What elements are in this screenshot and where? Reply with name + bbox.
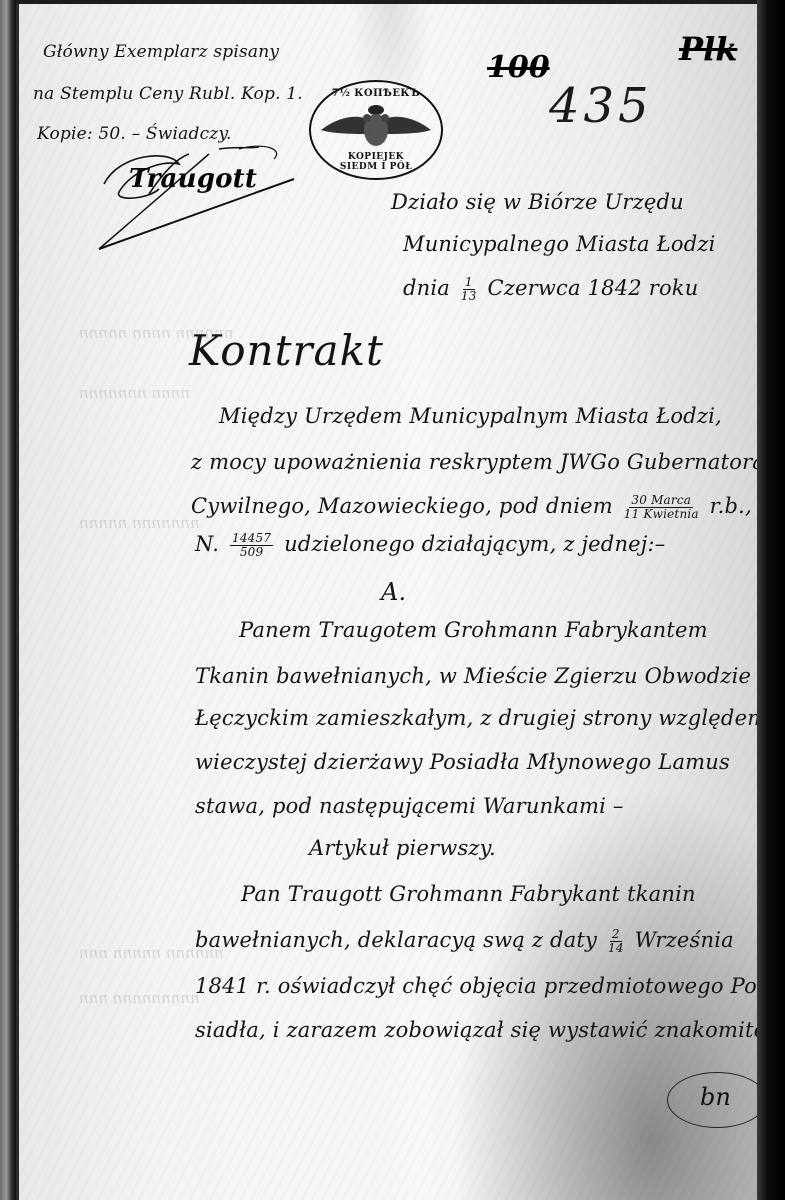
body-line-15: siadła, i zarazem zobowiązał się wystawi…	[195, 1018, 766, 1042]
header-dnia: dnia	[403, 276, 450, 300]
tax-stamp: 7½ КОПѢЕКЪ KOPIEJEK SIEDM I PÓŁ	[309, 80, 443, 180]
margin-note-line-1: Główny Exemplarz spisany	[43, 42, 279, 62]
body-line-13: bawełnianych, deklaracyą swą z daty 2 14…	[195, 928, 734, 955]
header-line-2: Municypalnego Miasta Łodzi	[403, 232, 716, 256]
margin-note-line-2: na Stemplu Ceny Rubl. Kop. 1.	[33, 84, 303, 104]
document-page: nnnnnn nnnn nnnnn nnnn nnnnnnn nnnnnnn n…	[16, 4, 763, 1200]
body-line-13-text: bawełnianych, deklaracyą swą z daty	[195, 928, 597, 952]
stamp-kopiejek: KOPIEJEK	[311, 152, 441, 162]
stamp-siedm-i-pol: SIEDM I PÓŁ	[311, 162, 441, 172]
body-line-3-text: Cywilnego, Mazowieckiego, pod dniem	[191, 494, 613, 518]
document-title: Kontrakt	[189, 326, 384, 375]
header-line-1: Działo się w Biórze Urzędu	[391, 190, 684, 214]
corner-catchword-mark: bn	[667, 1072, 767, 1128]
rescript-date-suffix: r.b.,	[710, 494, 752, 518]
ref-number-fraction: 14457 509	[230, 532, 273, 559]
rescript-date-fraction: 30 Marca 11 Kwietnia	[624, 494, 699, 521]
body-line-5-separator: A.	[381, 578, 406, 606]
stamp-value-polish: KOPIEJEK SIEDM I PÓŁ	[311, 152, 441, 172]
bleed-through-text: nnnnnnn nnnnn	[79, 514, 200, 532]
document-scan: nnnnnn nnnn nnnnn nnnn nnnnnnn nnnnnnn n…	[0, 0, 785, 1200]
margin-note-line-3: Kopie: 50. – Świadczy.	[37, 124, 232, 144]
article-heading: Artykuł pierwszy.	[309, 836, 496, 860]
rescript-date-new: 11 Kwietnia	[624, 508, 699, 521]
header-month-year: Czerwca 1842 roku	[487, 276, 698, 300]
bleed-through-text: nnnn nnnnnnn	[79, 384, 190, 402]
signature-flourish	[89, 144, 299, 264]
rescript-date-old: 30 Marca	[629, 494, 693, 508]
archive-number: 435	[549, 78, 653, 134]
ref-prefix: N.	[195, 532, 219, 556]
binding-edge	[0, 0, 16, 1200]
body-line-14: 1841 r. oświadczył chęć objęcia przedmio…	[195, 974, 764, 998]
body-line-9: wieczystej dzierżawy Posiadła Młynowego …	[195, 750, 730, 774]
header-date-fraction: 1 13	[461, 276, 477, 303]
struck-archive-number-right: Plk	[679, 30, 737, 68]
body-line-8: Łęczyckim zamieszkałym, z drugiej strony…	[195, 706, 767, 730]
body-line-3: Cywilnego, Mazowieckiego, pod dniem 30 M…	[191, 494, 752, 521]
declaration-month: Września	[635, 928, 734, 952]
ref-number-bottom: 509	[240, 546, 264, 559]
body-line-4: N. 14457 509 udzielonego działającym, z …	[195, 532, 665, 559]
corner-mark-text: bn	[700, 1083, 731, 1111]
body-line-12: Pan Traugott Grohmann Fabrykant tkanin	[241, 882, 696, 906]
header-line-3: dnia 1 13 Czerwca 1842 roku	[403, 276, 698, 303]
body-line-1: Między Urzędem Municypalnym Miasta Łodzi…	[219, 404, 722, 428]
body-line-10: stawa, pod następującemi Warunkami –	[195, 794, 624, 818]
body-line-7: Tkanin bawełnianych, w Mieście Zgierzu O…	[195, 664, 751, 688]
declaration-date-fraction: 2 14	[608, 928, 624, 955]
body-line-6: Panem Traugotem Grohmann Fabrykantem	[239, 618, 708, 642]
double-headed-eagle-icon	[319, 104, 433, 150]
body-line-4-text: udzielonego działającym, z jednej:–	[284, 532, 665, 556]
date-old-style: 1	[463, 276, 475, 290]
signature-name: Traugott	[129, 164, 257, 194]
scan-right-edge	[757, 0, 785, 1200]
declaration-date-old: 2	[610, 928, 622, 942]
body-line-2: z mocy upoważnienia reskryptem JWGo Gube…	[191, 450, 765, 474]
date-new-style: 13	[461, 290, 477, 303]
stamp-value-cyrillic: 7½ КОПѢЕКЪ	[311, 88, 441, 99]
declaration-date-new: 14	[608, 942, 624, 955]
struck-archive-number-left: 100	[487, 50, 550, 85]
ref-number-top: 14457	[230, 532, 273, 546]
bleed-through-text: nnnnnnnnn nnn	[79, 989, 200, 1007]
